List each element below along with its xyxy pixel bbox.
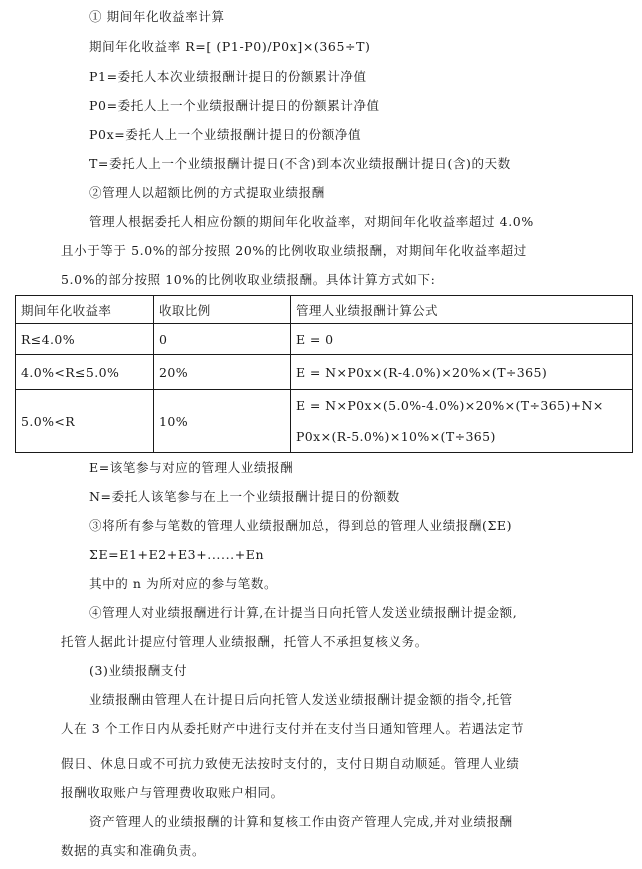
table-row: 4.0%<R≤5.0% 20% E = N×P0x×(R-4.0%)×20%×(… [16,355,633,390]
payment-heading: (3)业绩报酬支付 [89,663,187,679]
definition-n: N=委托人该笔参与在上一个业绩报酬计提日的份额数 [89,489,400,505]
sum-note: 其中的 n 为所对应的参与笔数。 [89,576,277,592]
formula-line-1: E = N×P0x×(5.0%-4.0%)×20%×(T÷365)+N× [296,390,627,421]
section-2-paragraph-line-3: 5.0%的部分按照 10%的比例收取业绩报酬。具体计算方式如下: [61,272,435,288]
header-annualized-return: 期间年化收益率 [16,296,154,324]
section-2-heading: ②管理人以超额比例的方式提取业绩报酬 [89,185,325,201]
cell-ratio: 0 [154,324,291,355]
formula-line-2: P0x×(R-5.0%)×10%×(T÷365) [296,421,627,452]
section-2-paragraph-line-1: 管理人根据委托人相应份额的期间年化收益率，对期间年化收益率超过 4.0% [89,214,534,230]
table-header-row: 期间年化收益率 收取比例 管理人业绩报酬计算公式 [16,296,633,324]
cell-ratio: 20% [154,355,291,390]
cell-formula: E = 0 [291,324,633,355]
definition-t: T=委托人上一个业绩报酬计提日(不含)到本次业绩报酬计提日(含)的天数 [89,156,511,172]
section-4-line-2: 托管人据此计提应付管理人业绩报酬，托管人不承担复核义务。 [61,634,428,650]
cell-ratio: 10% [154,390,291,453]
payment-paragraph-line-4: 报酬收取账户与管理费收取账户相同。 [61,785,284,801]
sum-formula: ΣE=E1+E2+E3+......+En [89,547,264,563]
section-2-paragraph-line-2: 且小于等于 5.0%的部分按照 20%的比例收取业绩报酬，对期间年化收益率超过 [61,243,527,259]
cell-range: R≤4.0% [16,324,154,355]
payment-paragraph-line-2: 人在 3 个工作日内从委托财产中进行支付并在支付当日通知管理人。若遇法定节 [61,721,524,737]
section-3-heading: ③将所有参与笔数的管理人业绩报酬加总，得到总的管理人业绩报酬(ΣE) [89,518,512,534]
section-4-line-1: ④管理人对业绩报酬进行计算,在计提当日向托管人发送业绩报酬计提金额, [89,605,517,621]
closing-line-2: 数据的真实和准确负责。 [61,843,205,859]
cell-formula: E = N×P0x×(5.0%-4.0%)×20%×(T÷365)+N× P0x… [291,390,633,453]
definition-p0x: P0x=委托人上一个业绩报酬计提日的份额净值 [89,127,361,143]
header-fee-formula: 管理人业绩报酬计算公式 [291,296,633,324]
table-row: 5.0%<R 10% E = N×P0x×(5.0%-4.0%)×20%×(T÷… [16,390,633,453]
header-fee-ratio: 收取比例 [154,296,291,324]
payment-paragraph-line-3: 假日、休息日或不可抗力致使无法按时支付的，支付日期自动顺延。管理人业绩 [61,756,520,772]
cell-range: 5.0%<R [16,390,154,453]
cell-range: 4.0%<R≤5.0% [16,355,154,390]
definition-p0: P0=委托人上一个业绩报酬计提日的份额累计净值 [89,98,380,114]
cell-formula: E = N×P0x×(R-4.0%)×20%×(T÷365) [291,355,633,390]
performance-fee-table: 期间年化收益率 收取比例 管理人业绩报酬计算公式 R≤4.0% 0 E = 0 … [15,295,633,453]
annualized-return-formula: 期间年化收益率 R=[ (P1-P0)/P0x]×(365÷T) [89,39,371,55]
payment-paragraph-line-1: 业绩报酬由管理人在计提日后向托管人发送业绩报酬计提金额的指令,托管 [89,692,513,708]
definition-e: E=该笔参与对应的管理人业绩报酬 [89,460,293,476]
closing-line-1: 资产管理人的业绩报酬的计算和复核工作由资产管理人完成,并对业绩报酬 [89,814,513,830]
section-1-heading: ① 期间年化收益率计算 [89,9,225,25]
definition-p1: P1=委托人本次业绩报酬计提日的份额累计净值 [89,69,367,85]
table-row: R≤4.0% 0 E = 0 [16,324,633,355]
